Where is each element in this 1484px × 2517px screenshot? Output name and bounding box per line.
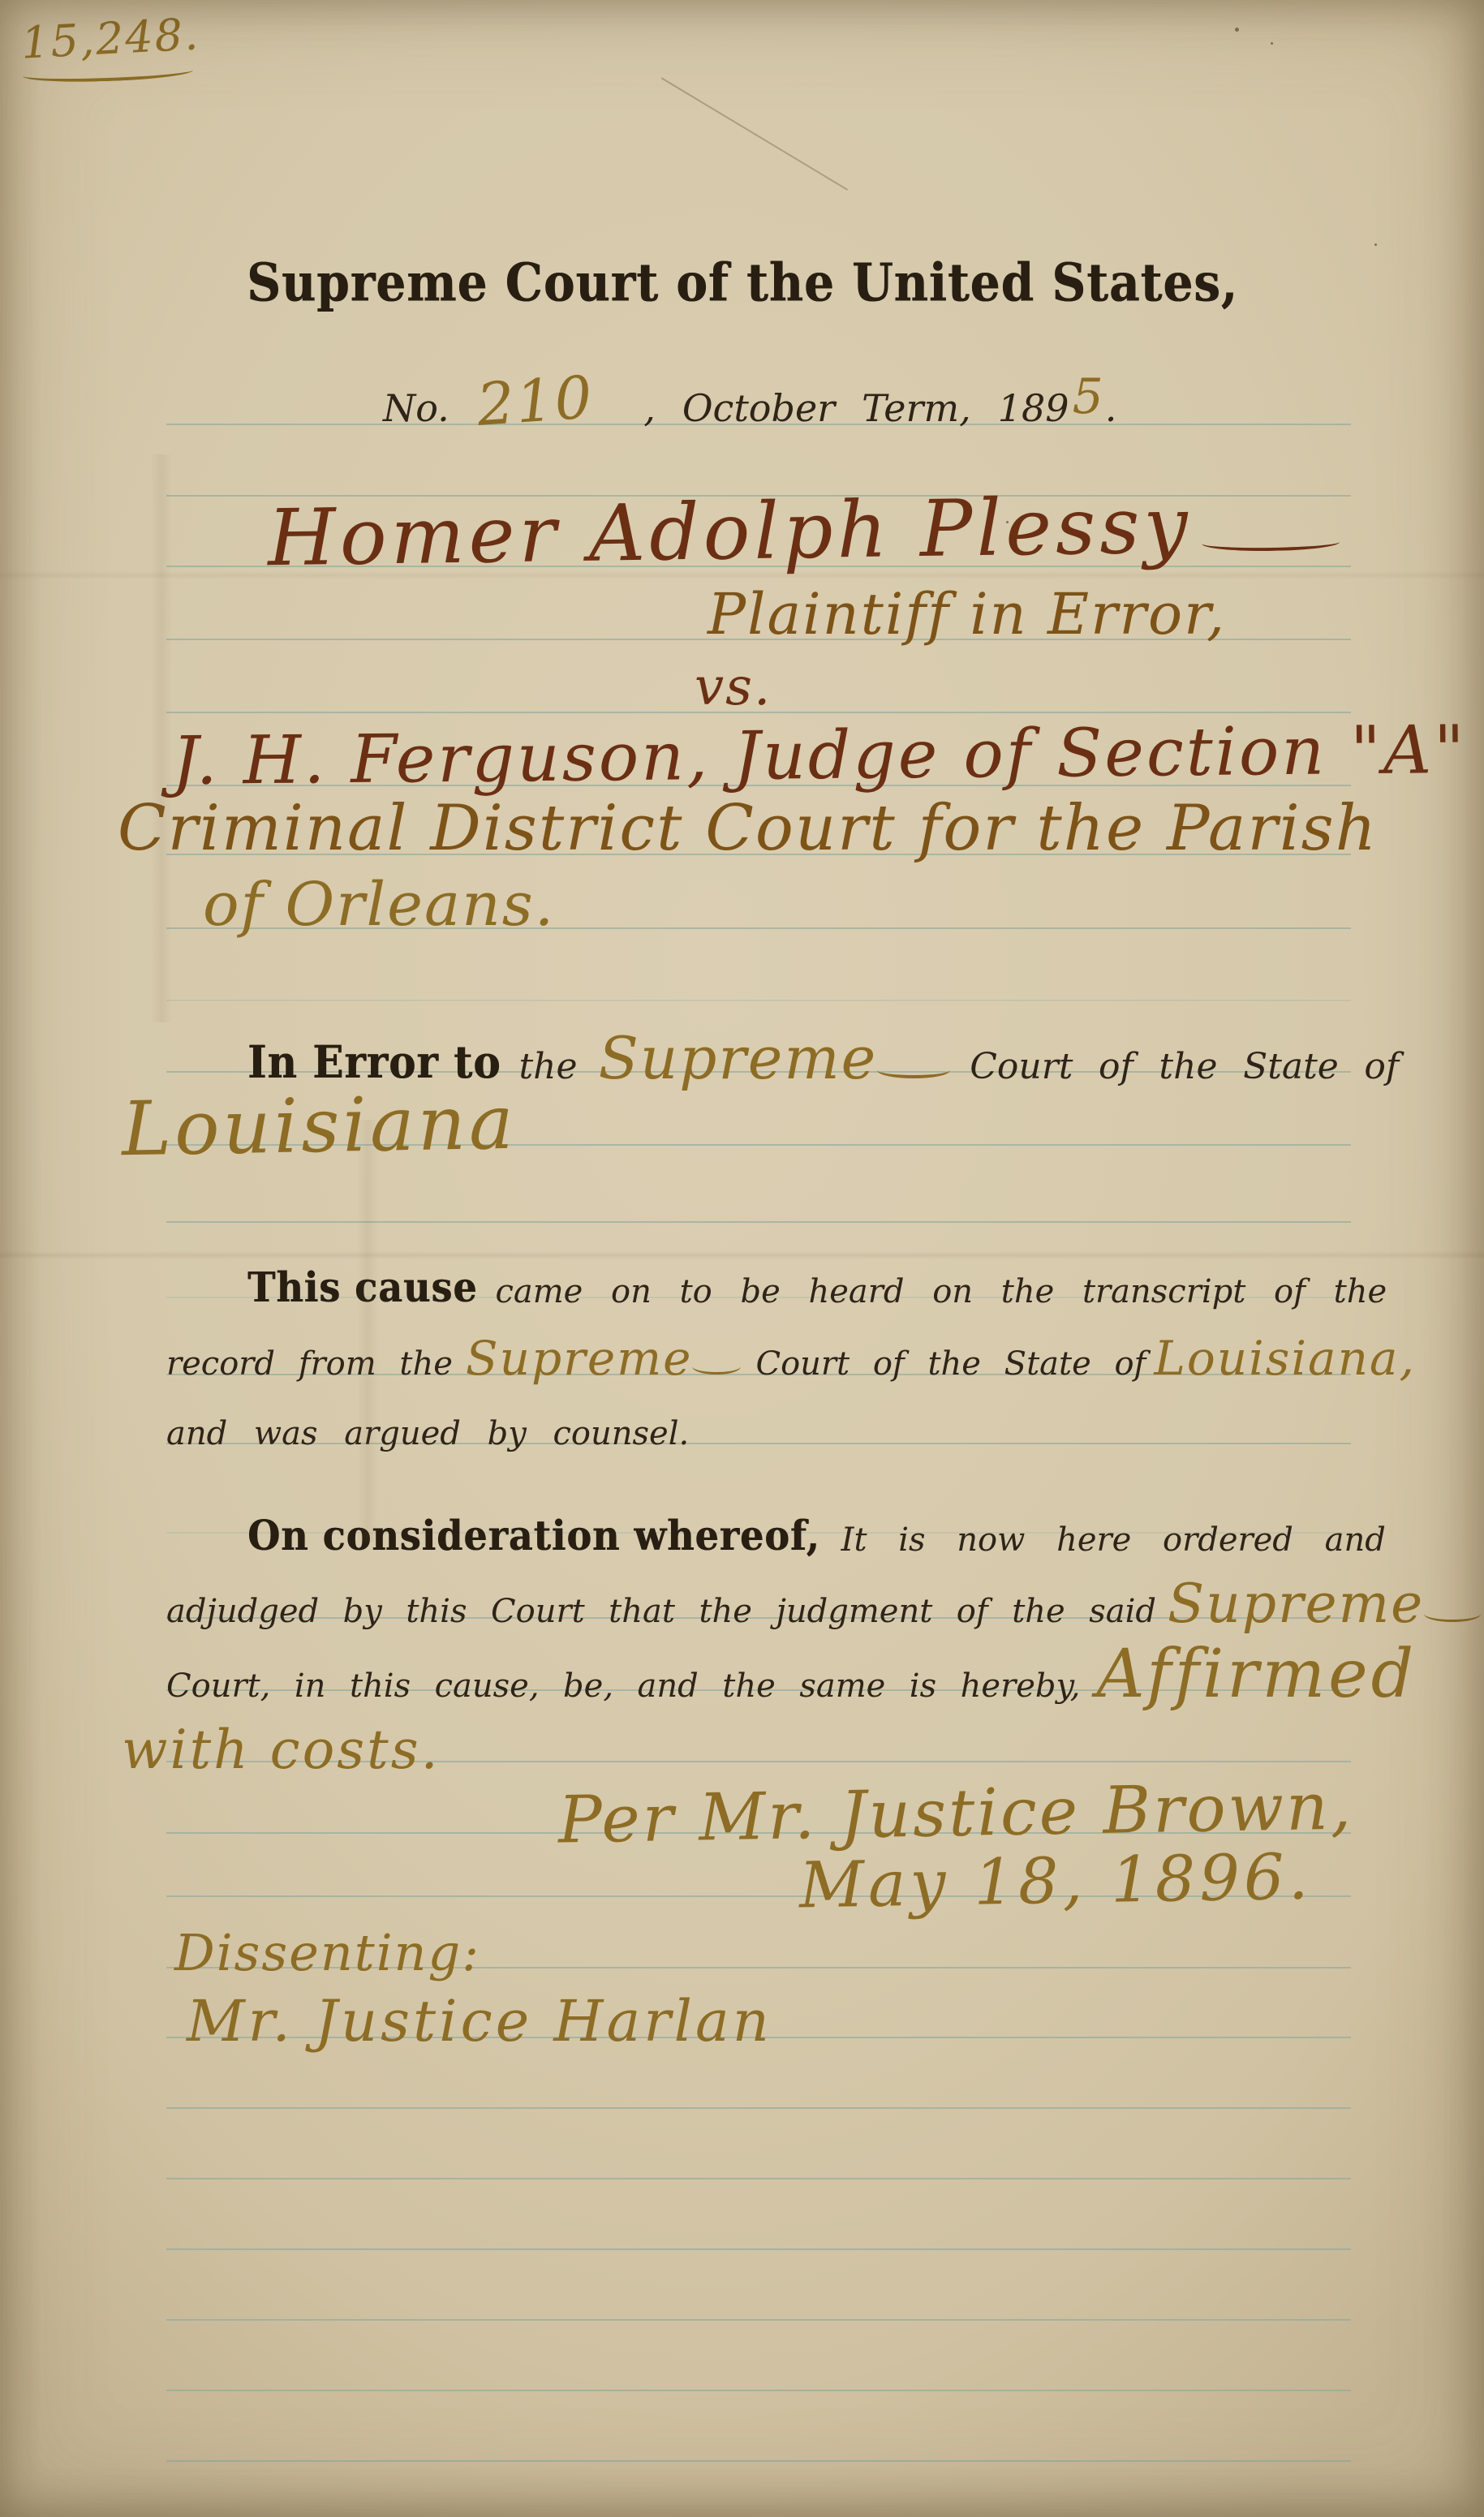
versus: vs. [695, 657, 772, 717]
docket-underline-flourish [23, 65, 193, 84]
case-number-line: No. 210 , October Term, 189 5 . [383, 367, 1116, 435]
in-error-printed-tail: Court of the State of [970, 1046, 1399, 1087]
ruled-line [166, 2319, 1351, 2321]
in-error-court-handwritten: Supreme [599, 1024, 878, 1092]
in-error-court-flourish [877, 1065, 950, 1078]
ruled-line [166, 1000, 1351, 1001]
ruled-line [166, 2460, 1351, 2462]
cause-court-flourish [692, 1362, 741, 1375]
ruled-line [166, 2178, 1351, 2179]
cause-court-handwritten: Supreme [466, 1331, 693, 1386]
ink-speck [1374, 243, 1377, 246]
paper-scratch [660, 77, 848, 191]
paper-crease-vertical [151, 454, 172, 1022]
disposition-handwritten: Affirmed [1096, 1636, 1417, 1713]
cause-state-handwritten: Louisiana, [1154, 1331, 1416, 1386]
cause-printed-line2-mid: Court of the State of [755, 1345, 1146, 1383]
cause-line-2: record from the Supreme Court of the Sta… [166, 1331, 1416, 1386]
ruled-line [166, 1221, 1351, 1223]
defendant-line-3: of Orleans. [203, 870, 555, 940]
in-error-printed-the: the [519, 1046, 578, 1087]
cause-printed-lead: This cause [247, 1263, 477, 1311]
cause-printed-line2-start: record from the [166, 1345, 453, 1383]
in-error-state-handwritten: Louisiana [121, 1079, 518, 1172]
consideration-court-flourish [1424, 1610, 1481, 1622]
defendant-line-1: J. H. Ferguson, Judge of Section "A" [172, 712, 1468, 800]
plaintiff-name-line: Homer Adolph Plessy [267, 478, 1340, 583]
cause-line-1: This cause came on to be heard on the tr… [247, 1267, 1387, 1311]
plaintiff-name: Homer Adolph Plessy [267, 480, 1192, 583]
dissent-justice-handwritten: Mr. Justice Harlan [187, 1988, 772, 2054]
page-title: Supreme Court of the United States, [247, 252, 1238, 313]
case-number-handwritten: 210 [475, 363, 596, 439]
cause-line-3: and was argued by counsel. [166, 1415, 689, 1452]
ink-speck [1271, 42, 1273, 45]
ruled-line [166, 2390, 1351, 2391]
term-year-digit-handwritten: 5 [1073, 368, 1105, 425]
consideration-printed-lead: On consideration whereof, [247, 1512, 820, 1560]
docket-number: 15,248. [20, 8, 201, 68]
scanned-judgment-page: 15,248. Supreme Court of the United Stat… [0, 0, 1484, 2517]
ruled-line [166, 2248, 1351, 2250]
consideration-line-1: On consideration whereof, It is now here… [247, 1516, 1386, 1560]
paper-crease [0, 1251, 1484, 1259]
consideration-printed-line1: It is now here ordered and [841, 1521, 1386, 1559]
term-label: , October Term, 189 [643, 386, 1069, 430]
plaintiff-role: Plaintiff in Error, [708, 581, 1226, 648]
consideration-court-handwritten: Supreme [1168, 1573, 1424, 1635]
dissent-label-handwritten: Dissenting: [174, 1923, 480, 1982]
consideration-printed-line3: Court, in this cause, be, and the same i… [166, 1667, 1080, 1705]
consideration-printed-line2: adjudged by this Court that the judgment… [166, 1593, 1156, 1630]
defendant-line-2: Criminal District Court for the Parish [118, 792, 1378, 865]
ink-speck [1235, 28, 1239, 32]
consideration-line-3: Court, in this cause, be, and the same i… [166, 1636, 1417, 1713]
consideration-line-2: adjudged by this Court that the judgment… [166, 1573, 1481, 1635]
cause-printed-line1: came on to be heard on the transcript of… [495, 1273, 1387, 1310]
ruled-line [166, 2107, 1351, 2109]
no-label: No. [383, 386, 450, 430]
decision-date-handwritten: May 18, 1896. [798, 1840, 1313, 1922]
ink-speck [1006, 521, 1009, 523]
term-period: . [1105, 386, 1117, 430]
costs-handwritten: with costs. [122, 1719, 441, 1781]
plaintiff-name-flourish [1202, 537, 1340, 552]
